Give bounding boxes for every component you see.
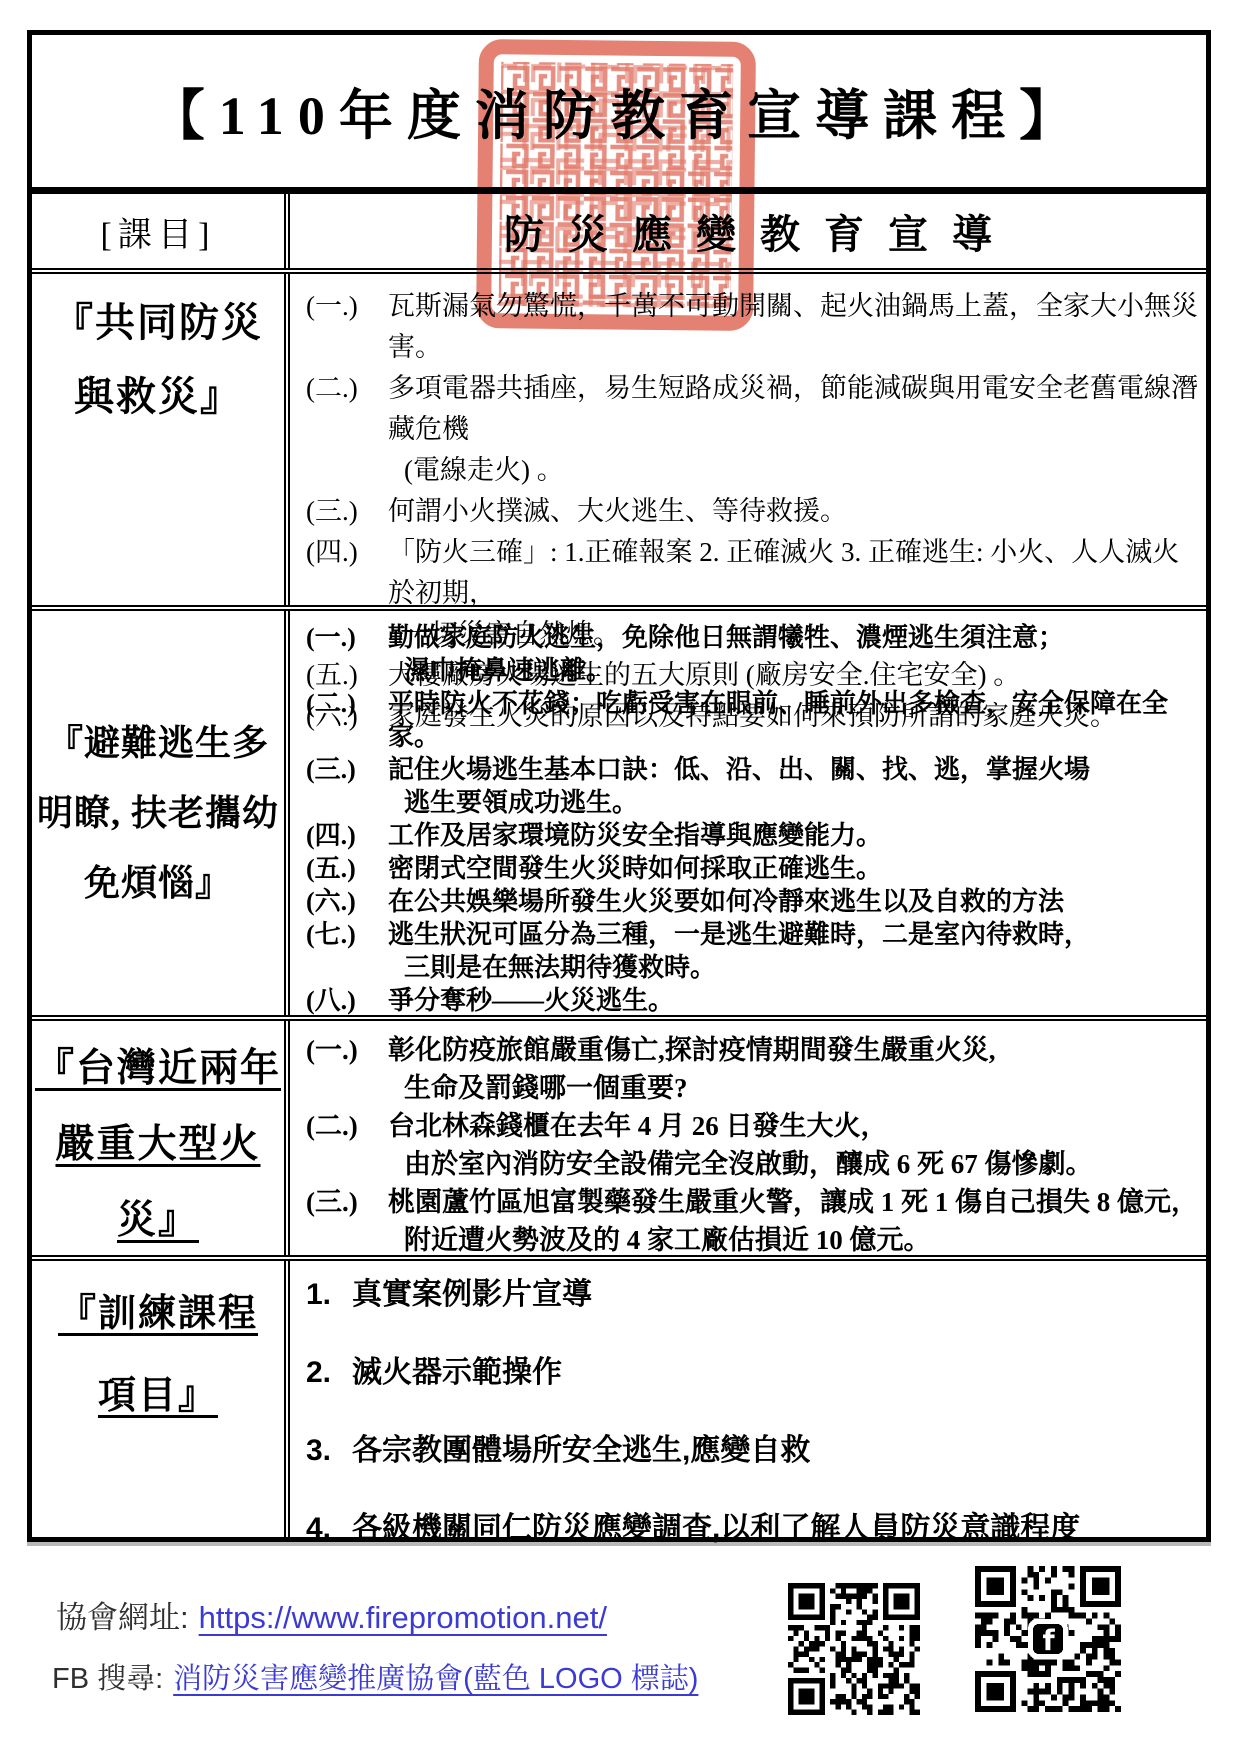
list-item: (六.)在公共娛樂場所發生火災要如何冷靜來逃生以及自救的方法	[306, 885, 1198, 918]
section-title-line: 『訓練課程	[32, 1273, 284, 1355]
list-item-text: 真實案例影片宣導	[352, 1277, 1198, 1313]
list-item-text: 瓦斯漏氣勿驚慌，千萬不可動開關、起火油鍋馬上蓋，全家大小無災害。	[388, 286, 1198, 368]
section-content-cell: 1.真實案例影片宣導2.滅火器示範操作3.各宗教團體場所安全逃生,應變自救4.各…	[284, 1261, 1206, 1537]
list-item: (一.)勤做家庭防火逃生，免除他日無謂犧牲、濃煙逃生須注意；濕巾掩鼻速逃離。	[306, 621, 1198, 687]
list-item: 2.滅火器示範操作	[306, 1355, 1198, 1391]
section-title-line: 項目』	[32, 1355, 284, 1437]
facebook-search-label: FB 搜尋:	[52, 1663, 163, 1695]
website-label: 協會網址:	[56, 1600, 189, 1635]
section-title-line: 『台灣近兩年	[32, 1031, 284, 1107]
section-title-line: 明瞭, 扶老攜幼	[32, 778, 284, 848]
section-title-line: 免煩惱』	[32, 848, 284, 918]
list-item-number: (五.)	[306, 852, 356, 885]
list-item: (三.)桃園蘆竹區旭富製藥發生嚴重火警，讓成 1 死 1 傷自己損失 8 億元，…	[306, 1183, 1198, 1259]
section-title-cell: 『避難逃生多明瞭, 扶老攜幼免煩惱』	[32, 611, 284, 1015]
list-item-text: 逃生狀況可區分為三種，一是逃生避難時，二是室內待救時，	[388, 918, 1198, 951]
list-item-number: (一.)	[306, 621, 356, 654]
list-item: (三.)何謂小火撲滅、大火逃生、等待救援。	[306, 491, 1198, 532]
facebook-link[interactable]: 消防災害應變推廣協會(藍色 LOGO 標誌)	[173, 1663, 698, 1695]
section-title-cell: 『台灣近兩年嚴重大型火災』	[32, 1021, 284, 1255]
qr-code-website	[785, 1583, 923, 1715]
list-item-number: (八.)	[306, 984, 356, 1017]
list-item: (八.)爭分奪秒——火災逃生。	[306, 984, 1198, 1017]
list-item: (五.)密閉式空間發生火災時如何採取正確逃生。	[306, 852, 1198, 885]
section-title-cell: 『訓練課程項目』	[32, 1261, 284, 1537]
list-item: (七.)逃生狀況可區分為三種，一是逃生避難時，二是室內待救時，三則是在無法期待獲…	[306, 918, 1198, 984]
list-item-text: (電線走火) 。	[404, 450, 1198, 491]
list-item-text: 在公共娛樂場所發生火災要如何冷靜來逃生以及自救的方法	[388, 885, 1198, 918]
list-item: 1.真實案例影片宣導	[306, 1277, 1198, 1313]
section-content-cell: (一.)瓦斯漏氣勿驚慌，千萬不可動開關、起火油鍋馬上蓋，全家大小無災害。(二.)…	[284, 274, 1206, 605]
table-body: 『共同防災與救災』 (一.)瓦斯漏氣勿驚慌，千萬不可動開關、起火油鍋馬上蓋，全家…	[32, 274, 1206, 1537]
list-item: (二.)平時防火不花錢；吃虧受害在眼前、睡前外出多檢查，安全保障在全家。	[306, 687, 1198, 753]
section-title-line: 嚴重大型火	[32, 1107, 284, 1183]
list-item: (一.)彰化防疫旅館嚴重傷亡,探討疫情期間發生嚴重火災,生命及罰錢哪一個重要?	[306, 1031, 1198, 1107]
list-item-text: 濕巾掩鼻速逃離。	[404, 654, 1198, 687]
list-item-text: 桃園蘆竹區旭富製藥發生嚴重火警，讓成 1 死 1 傷自己損失 8 億元，	[388, 1183, 1198, 1221]
list-item-text: 滅火器示範操作	[352, 1355, 1198, 1391]
list-item: (二.)台北林森錢櫃在去年 4 月 26 日發生大火，由於室內消防安全設備完全沒…	[306, 1107, 1198, 1183]
list-item-number: (四.)	[306, 532, 358, 573]
list-item-text: 平時防火不花錢；吃虧受害在眼前、睡前外出多檢查，安全保障在全家。	[388, 687, 1198, 753]
svg-text:f: f	[1042, 1624, 1055, 1657]
list-item-number: (三.)	[306, 1183, 358, 1221]
list-item-text: 記住火場逃生基本口訣：低、沿、出、關、找、逃，掌握火場	[388, 753, 1198, 786]
list-item-number: (三.)	[306, 491, 358, 532]
list-item-number: (二.)	[306, 1107, 358, 1145]
list-item-number: (六.)	[306, 885, 356, 918]
list-item-number: (四.)	[306, 819, 356, 852]
list-item-text: 各宗教團體場所安全逃生,應變自救	[352, 1433, 1198, 1469]
list-item-text: 附近遭火勢波及的 4 家工廠估損近 10 億元。	[404, 1221, 1198, 1259]
section-title-line: 與救災』	[32, 360, 284, 434]
header-subject-label: [課目]	[32, 194, 284, 268]
list-item-text: 彰化防疫旅館嚴重傷亡,探討疫情期間發生嚴重火災,	[388, 1031, 1198, 1069]
list-item-text: 三則是在無法期待獲救時。	[404, 951, 1198, 984]
list-item: (一.)瓦斯漏氣勿驚慌，千萬不可動開關、起火油鍋馬上蓋，全家大小無災害。	[306, 286, 1198, 368]
table-row-common-prevention: 『共同防災與救災』 (一.)瓦斯漏氣勿驚慌，千萬不可動開關、起火油鍋馬上蓋，全家…	[32, 274, 1206, 611]
section-content-cell: (一.)勤做家庭防火逃生，免除他日無謂犧牲、濃煙逃生須注意；濕巾掩鼻速逃離。(二…	[284, 611, 1206, 1015]
list-item-text: 何謂小火撲滅、大火逃生、等待救援。	[388, 491, 1198, 532]
section-title-line: 災』	[32, 1183, 284, 1259]
list-item-text: 台北林森錢櫃在去年 4 月 26 日發生大火，	[388, 1107, 1198, 1145]
list-item: (二.)多項電器共插座，易生短路成災禍，節能減碳與用電安全老舊電線潛藏危機(電線…	[306, 368, 1198, 491]
title-row: 【110年度消防教育宣導課程】	[32, 35, 1206, 194]
list-item-text: 各級機關同仁防災應變調查,以利了解人員防災意識程度	[352, 1511, 1198, 1547]
list-item-text: 由於室內消防安全設備完全沒啟動，釀成 6 死 67 傷慘劇。	[404, 1145, 1198, 1183]
list-item-number: (一.)	[306, 1031, 358, 1069]
list-item-text: 多項電器共插座，易生短路成災禍，節能減碳與用電安全老舊電線潛藏危機	[388, 368, 1198, 450]
website-link[interactable]: https://www.firepromotion.net/	[199, 1600, 607, 1635]
list-item-number: 1.	[306, 1277, 331, 1313]
list-item-text: 逃生要領成功逃生。	[404, 786, 1198, 819]
list-item: 3.各宗教團體場所安全逃生,應變自救	[306, 1433, 1198, 1469]
list-item-text: 生命及罰錢哪一個重要?	[404, 1069, 1198, 1107]
list-item-number: (七.)	[306, 918, 356, 951]
facebook-row: FB 搜尋:消防災害應變推廣協會(藍色 LOGO 標誌)	[52, 1656, 698, 1697]
list-item: 4.各級機關同仁防災應變調查,以利了解人員防災意識程度	[306, 1511, 1198, 1547]
table-row-training-course-items: 『訓練課程項目』 1.真實案例影片宣導2.滅火器示範操作3.各宗教團體場所安全逃…	[32, 1261, 1206, 1537]
section-content-cell: (一.)彰化防疫旅館嚴重傷亡,探討疫情期間發生嚴重火災,生命及罰錢哪一個重要?(…	[284, 1021, 1206, 1255]
list-item-number: (三.)	[306, 753, 356, 786]
list-item-number: (二.)	[306, 368, 358, 409]
section-title-cell: 『共同防災與救災』	[32, 274, 284, 605]
list-item-text: 工作及居家環境防災安全指導與應變能力。	[388, 819, 1198, 852]
facebook-icon: f	[1028, 1619, 1068, 1659]
qr-code-facebook: f	[975, 1563, 1121, 1715]
list-item-text: 勤做家庭防火逃生，免除他日無謂犧牲、濃煙逃生須注意；	[388, 621, 1198, 654]
page-title: 【110年度消防教育宣導課程】	[151, 73, 1088, 150]
course-table: 【110年度消防教育宣導課程】 [課目] 防災應變教育宣導 『共同防災與救災』 …	[27, 30, 1211, 1542]
list-item-number: (二.)	[306, 687, 356, 720]
list-item-text: 「防火三確」: 1.正確報案 2. 正確滅火 3. 正確逃生: 小火、人人滅火於…	[388, 532, 1198, 614]
list-item-number: (一.)	[306, 286, 358, 327]
list-item-number: 4.	[306, 1511, 331, 1547]
website-row: 協會網址:https://www.firepromotion.net/	[56, 1592, 607, 1637]
list-item-text: 密閉式空間發生火災時如何採取正確逃生。	[388, 852, 1198, 885]
table-row-taiwan-major-fires: 『台灣近兩年嚴重大型火災』 (一.)彰化防疫旅館嚴重傷亡,探討疫情期間發生嚴重火…	[32, 1021, 1206, 1261]
list-item-number: 3.	[306, 1433, 331, 1469]
document-page: 【110年度消防教育宣導課程】 [課目] 防災應變教育宣導 『共同防災與救災』 …	[0, 0, 1240, 1754]
section-title-line: 『避難逃生多	[32, 708, 284, 778]
table-row-evacuation-escape: 『避難逃生多明瞭, 扶老攜幼免煩惱』 (一.)勤做家庭防火逃生，免除他日無謂犧牲…	[32, 611, 1206, 1021]
list-item-text: 爭分奪秒——火災逃生。	[388, 984, 1198, 1017]
header-course-name: 防災應變教育宣導	[284, 194, 1206, 268]
list-item-number: 2.	[306, 1355, 331, 1391]
list-item: (四.)工作及居家環境防災安全指導與應變能力。	[306, 819, 1198, 852]
list-item: (三.)記住火場逃生基本口訣：低、沿、出、關、找、逃，掌握火場逃生要領成功逃生。	[306, 753, 1198, 819]
section-title-line: 『共同防災	[32, 286, 284, 360]
table-header-row: [課目] 防災應變教育宣導	[32, 194, 1206, 274]
